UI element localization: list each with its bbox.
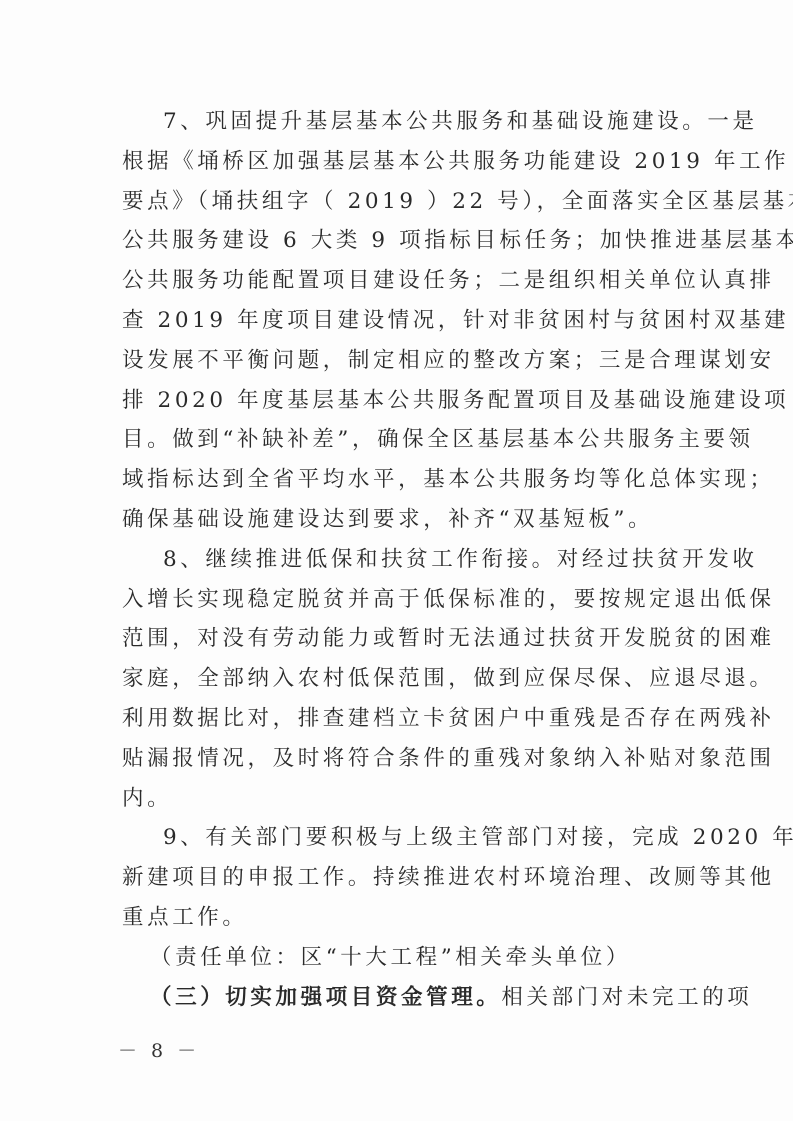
paragraph-8-line: 家庭，全部纳入农村低保范围，做到应保尽保、应退尽退。	[122, 659, 682, 699]
paragraph-7-line: 要点》（埇扶组字（ 2019 ）22 号），全面落实全区基层基本	[122, 182, 682, 222]
paragraph-9-line: 新建项目的申报工作。持续推进农村环境治理、改厕等其他	[122, 858, 682, 898]
paragraph-9-line: 9、有关部门要积极与上级主管部门对接，完成 2020 年	[163, 818, 723, 858]
paragraph-7-line: 排 2020 年度基层基本公共服务配置项目及基础设施建设项	[122, 381, 682, 421]
section-3-continuation: 相关部门对未完工的项	[501, 985, 752, 1010]
paragraph-9-line: 重点工作。	[122, 898, 682, 938]
paragraph-7-line: 确保基础设施建设达到要求，补齐“双基短板”。	[122, 500, 682, 540]
paragraph-7-line: 查 2019 年度项目建设情况，针对非贫困村与贫困村双基建	[122, 301, 682, 341]
paragraph-8-line: 入增长实现稳定脱贫并高于低保标准的，要按规定退出低保	[122, 580, 682, 620]
document-page: 7、巩固提升基层基本公共服务和基础设施建设。一是 根据《埇桥区加强基层基本公共服…	[0, 0, 793, 1121]
paragraph-7-line: 公共服务建设 6 大类 9 项指标目标任务；加快推进基层基本	[122, 221, 682, 261]
paragraph-7-line: 根据《埇桥区加强基层基本公共服务功能建设 2019 年工作	[122, 142, 682, 182]
paragraph-8-line: 内。	[122, 779, 682, 819]
paragraph-7-line: 设发展不平衡问题，制定相应的整改方案；三是合理谋划安	[122, 341, 682, 381]
section-3-line: （三）切实加强项目资金管理。相关部门对未完工的项	[150, 978, 710, 1018]
paragraph-8-line: 贴漏报情况，及时将符合条件的重残对象纳入补贴对象范围	[122, 739, 682, 779]
paragraph-7-line: 域指标达到全省平均水平，基本公共服务均等化总体实现；	[122, 460, 682, 500]
paragraph-7-line: 7、巩固提升基层基本公共服务和基础设施建设。一是	[163, 102, 723, 142]
paragraph-7-line: 目。做到“补缺补差”，确保全区基层基本公共服务主要领	[122, 420, 682, 460]
paragraph-8-line: 8、继续推进低保和扶贫工作衔接。对经过扶贫开发收	[163, 540, 723, 580]
paragraph-7-line: 公共服务功能配置项目建设任务；二是组织相关单位认真排	[122, 261, 682, 301]
paragraph-8-line: 范围，对没有劳动能力或暂时无法通过扶贫开发脱贫的困难	[122, 619, 682, 659]
page-number: － 8 －	[118, 1036, 188, 1066]
section-3-heading: （三）切实加强项目资金管理。	[150, 985, 501, 1010]
responsible-unit-note: （责任单位：区“十大工程”相关牵头单位）	[150, 938, 710, 978]
paragraph-8-line: 利用数据比对，排查建档立卡贫困户中重残是否存在两残补	[122, 699, 682, 739]
